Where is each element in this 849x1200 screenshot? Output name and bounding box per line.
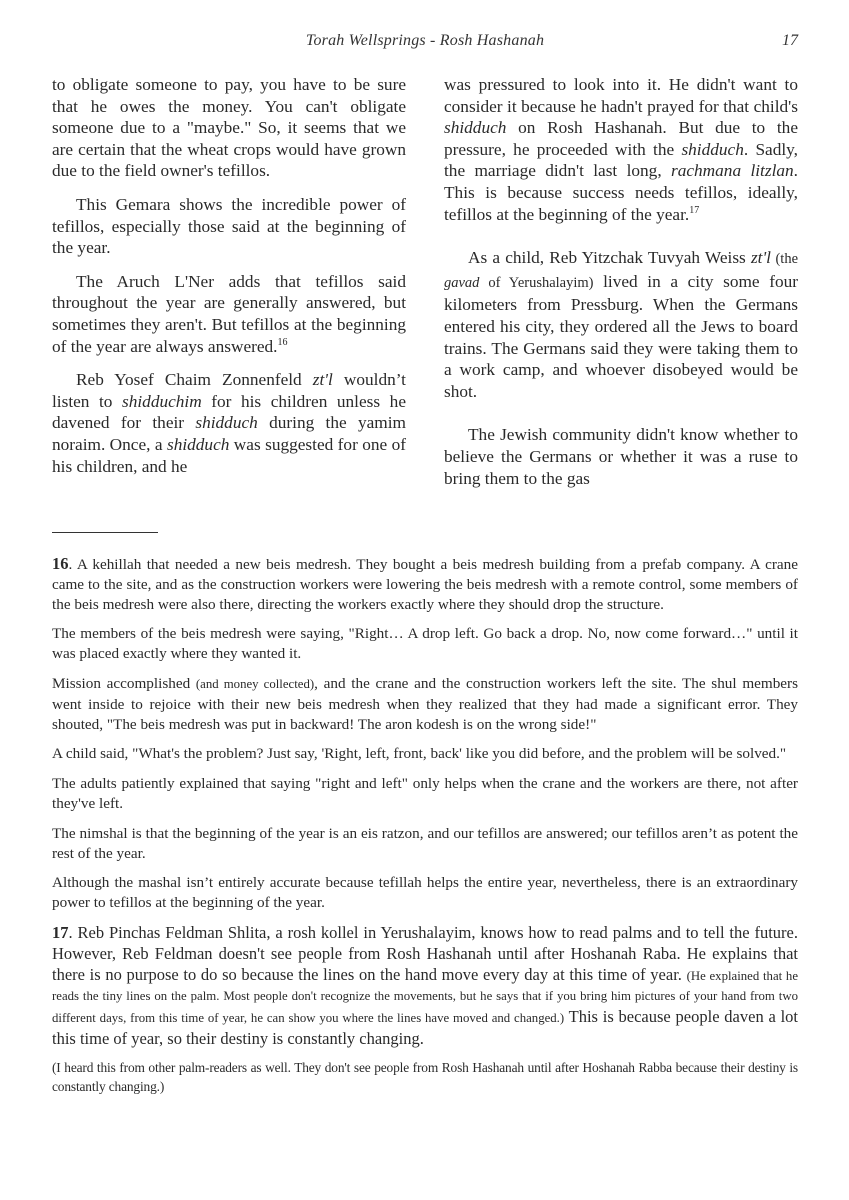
italic-term: shidduch xyxy=(167,435,229,454)
page-header: Torah Wellsprings - Rosh Hashanah 17 xyxy=(52,32,798,56)
footnote-separator xyxy=(52,532,158,533)
italic-term: zt'l xyxy=(751,248,771,267)
footnote-paragraph: The nimshal is that the beginning of the… xyxy=(52,824,798,864)
footnotes: 16. A kehillah that needed a new beis me… xyxy=(52,554,798,1106)
footnote-number: 16 xyxy=(52,554,69,573)
running-title: Torah Wellsprings - Rosh Hashanah xyxy=(52,32,798,50)
italic-term: shidduch xyxy=(444,118,506,137)
paragraph: was pressured to look into it. He didn't… xyxy=(444,74,798,225)
text-run: lived in a city some four kilometers fro… xyxy=(444,272,798,401)
text-run: (the xyxy=(771,251,798,267)
text-run: Reb Yosef Chaim Zonnenfeld xyxy=(76,370,313,389)
footnote-paragraph: A child said, "What's the problem? Just … xyxy=(52,744,798,764)
italic-term: shidduchim xyxy=(122,392,202,411)
text-run: . A kehillah that needed a new beis medr… xyxy=(52,556,798,613)
text-run: was pressured to look into it. He didn't… xyxy=(444,75,798,116)
italic-term: shidduch xyxy=(681,140,743,159)
paragraph: The Jewish community didn't know whether… xyxy=(444,424,798,489)
footnote-number: 17 xyxy=(52,923,69,942)
left-column: to obligate someone to pay, you have to … xyxy=(52,74,406,501)
paragraph: The Aruch L'Ner adds that tefillos said … xyxy=(52,271,406,357)
footnote-reference: 16 xyxy=(278,337,288,348)
footnote-paragraph: Although the mashal isn’t entirely accur… xyxy=(52,873,798,913)
text-run: of Yerushalayim) xyxy=(479,275,593,291)
footnote-paragraph: The members of the beis medresh were say… xyxy=(52,624,798,664)
paragraph: As a child, Reb Yitzchak Tuvyah Weiss zt… xyxy=(444,247,798,402)
paragraph: to obligate someone to pay, you have to … xyxy=(52,74,406,182)
footnote-16: 16. A kehillah that needed a new beis me… xyxy=(52,554,798,614)
right-column: was pressured to look into it. He didn't… xyxy=(444,74,798,501)
italic-term: shidduch xyxy=(195,413,257,432)
italic-term: rachmana litzlan xyxy=(671,161,794,180)
text-run: Mission accomplished xyxy=(52,675,196,692)
text-run: As a child, Reb Yitzchak Tuvyah Weiss xyxy=(468,248,751,267)
italic-term: gavad xyxy=(444,275,479,291)
paragraph-text: The Aruch L'Ner adds that tefillos said … xyxy=(52,272,406,356)
body-columns: to obligate someone to pay, you have to … xyxy=(52,74,798,501)
footnote-paragraph: Mission accomplished (and money collecte… xyxy=(52,674,798,734)
paragraph: Reb Yosef Chaim Zonnenfeld zt'l wouldn’t… xyxy=(52,369,406,477)
footnote-17: 17. Reb Pinchas Feldman Shlita, a rosh k… xyxy=(52,923,798,1050)
text-run: (and money collected) xyxy=(196,677,314,691)
footnote-paragraph: The adults patiently explained that sayi… xyxy=(52,774,798,814)
page-number: 17 xyxy=(782,32,798,50)
footnote-reference: 17 xyxy=(689,205,699,216)
footnote-paragraph: (I heard this from other palm-readers as… xyxy=(52,1058,798,1096)
paragraph: This Gemara shows the incredible power o… xyxy=(52,194,406,259)
italic-term: zt'l xyxy=(313,370,333,389)
